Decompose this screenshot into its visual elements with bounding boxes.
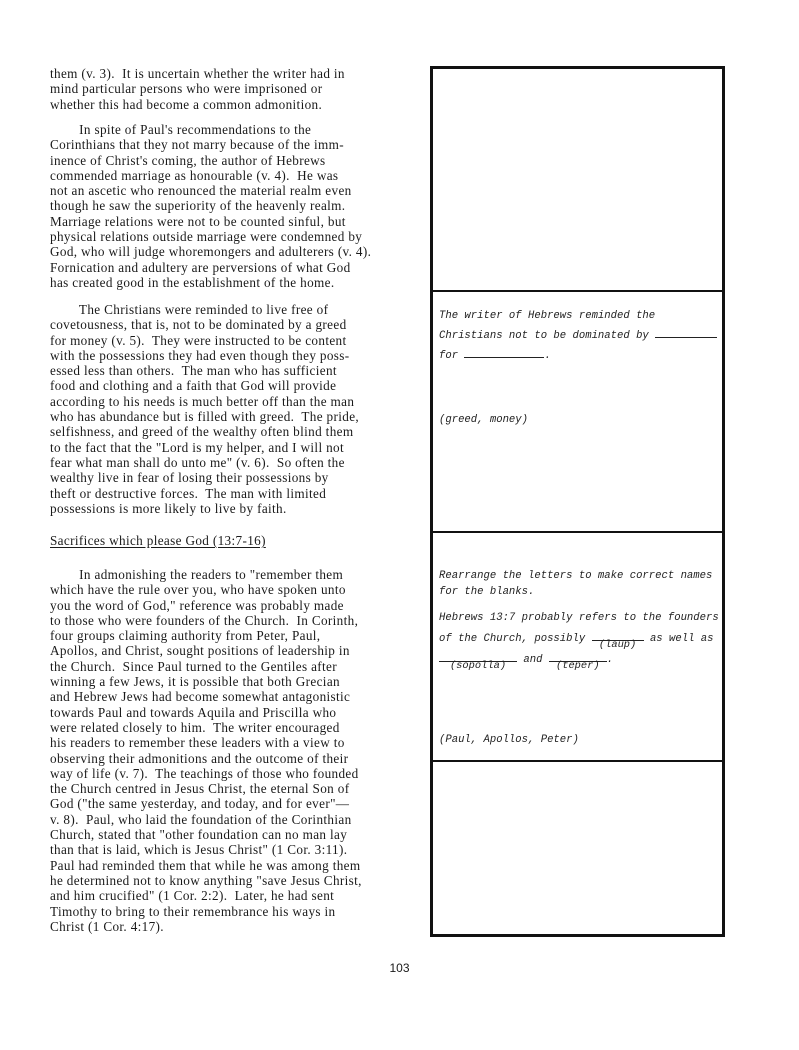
frame-line: (sopolla) and (teper).	[439, 649, 716, 670]
frame-founders-question: Rearrange the letters to make correct na…	[433, 568, 722, 748]
frame-answer: (Paul, Apollos, Peter)	[439, 732, 716, 748]
frame-line-text: for	[439, 350, 458, 362]
frame-line-text: of the Church, possibly	[439, 633, 585, 645]
frame-line-text: and	[523, 654, 542, 666]
answer-blank[interactable]	[655, 325, 717, 338]
answer-blank-peter[interactable]: (teper)	[549, 649, 607, 662]
section-heading: Sacrifices which please God (13:7-16)	[50, 533, 266, 549]
frame-instruction: for the blanks.	[439, 584, 716, 600]
answer-blank-apollos[interactable]: (sopolla)	[439, 649, 517, 662]
page-number: 103	[0, 961, 799, 975]
frame-line: Hebrews 13:7 probably refers to the foun…	[439, 608, 716, 628]
frame-greed-question: The writer of Hebrews reminded the Chris…	[433, 307, 722, 429]
frame-line: Christians not to be dominated by	[439, 325, 716, 345]
letter-hint: (teper)	[549, 660, 607, 672]
paragraph-founders: In admonishing the readers to "remember …	[50, 567, 432, 934]
paragraph-marriage: In spite of Paul's recommendations to th…	[50, 122, 432, 290]
punctuation: .	[607, 654, 613, 666]
frame-line-text: Christians not to be dominated by	[439, 330, 649, 342]
frame-answer: (greed, money)	[439, 411, 716, 429]
frame-line: The writer of Hebrews reminded the	[439, 307, 716, 325]
frame-instruction: Rearrange the letters to make correct na…	[439, 568, 716, 584]
frame-line-text: as well as	[650, 633, 714, 645]
frame-divider	[433, 760, 722, 762]
letter-hint: (sopolla)	[439, 660, 517, 672]
study-frames-box: The writer of Hebrews reminded the Chris…	[430, 66, 725, 937]
answer-blank-paul[interactable]: (laup)	[592, 628, 644, 641]
frame-divider	[433, 531, 722, 533]
paragraph-covetousness: The Christians were reminded to live fre…	[50, 302, 432, 516]
punctuation: .	[544, 350, 550, 362]
frame-line: of the Church, possibly (laup) as well a…	[439, 628, 716, 649]
paragraph-imprisoned: them (v. 3). It is uncertain whether the…	[50, 66, 432, 112]
answer-blank[interactable]	[464, 345, 544, 358]
frame-line: for .	[439, 345, 716, 365]
frame-divider	[433, 290, 722, 292]
